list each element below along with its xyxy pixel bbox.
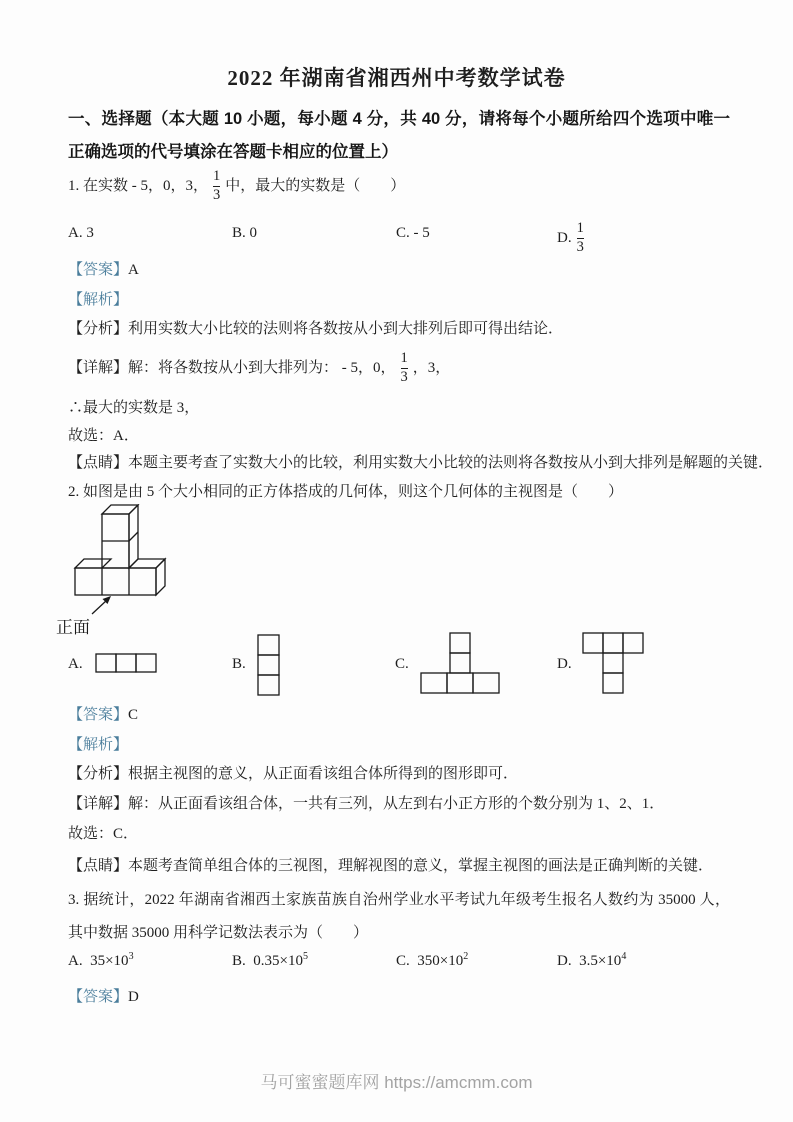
q1-choose-line: 故选：A．: [68, 425, 730, 447]
q1-detail-fraction: 13: [401, 351, 408, 385]
q1-stem-prefix: 1. 在实数 - 5，0，3，: [68, 175, 208, 197]
q1-option-d-fraction: 13: [577, 221, 584, 255]
q1-options: A. 3 B. 0 C. - 5 D. 13: [68, 216, 730, 264]
q1-conclusion-line: ∴最大的实数是 3，: [68, 397, 730, 419]
page-title: 2022 年湖南省湘西州中考数学试卷: [0, 62, 793, 92]
exam-document-page: 2022 年湖南省湘西州中考数学试卷 一、选择题（本大题 10 小题，每小题 4…: [0, 0, 793, 1122]
q1-option-a: A. 3: [68, 222, 94, 244]
q2-option-d-shape: [582, 632, 645, 695]
q2-cube-figure: 正面: [50, 504, 182, 640]
q3-answer-line: 【答案】D: [68, 986, 730, 1008]
q2-note-line: 【点睛】本题考查简单组合体的三视图，理解视图的意义，掌握主视图的画法是正确判断的…: [68, 855, 730, 877]
q2-option-a-label: A.: [68, 654, 83, 674]
q2-option-d-label: D.: [557, 654, 572, 674]
q1-answer-value: A: [128, 262, 139, 278]
q3-answer-value: D: [128, 989, 139, 1005]
analysis-tag: 【解析】: [68, 737, 128, 753]
q2-analysis-line: 【分析】根据主视图的意义，从正面看该组合体所得到的图形即可．: [68, 763, 730, 785]
q2-option-b-shape: [257, 634, 281, 697]
front-arrow: [92, 600, 107, 614]
q1-stem: 1. 在实数 - 5，0，3， 13 中，最大的实数是（ ）: [68, 163, 730, 209]
q3-options: A. 35×103 B. 0.35×105 C. 350×102 D. 3.5×…: [68, 950, 730, 976]
base-row-front: [75, 568, 156, 595]
q1-analysis-header: 【解析】: [68, 289, 730, 311]
q3-option-b: B. 0.35×105: [232, 950, 308, 972]
watermark-footer: 马可蜜蜜题库网 https://amcmm.com: [0, 1068, 793, 1093]
answer-tag: 【答案】: [68, 707, 128, 723]
q1-option-b: B. 0: [232, 222, 257, 244]
q2-detail-line: 【详解】解：从正面看该组合体，一共有三列，从左到右小正方形的个数分别为 1、2、…: [68, 793, 730, 815]
q3-option-a: A. 35×103: [68, 950, 134, 972]
q2-option-b-label: B.: [232, 654, 246, 674]
q2-option-c-shape: [420, 632, 501, 695]
q3-stem: 3. 据统计，2022 年湖南省湘西土家族苗族自治州学业水平考试九年级考生报名人…: [68, 884, 730, 950]
section-heading: 一、选择题（本大题 10 小题，每小题 4 分，共 40 分，请将每个小题所给四…: [68, 103, 730, 169]
base-right-side-face: [156, 559, 165, 595]
q1-note-line: 【点睛】本题主要考查了实数大小的比较，利用实数大小比较的法则将各数按从小到大排列…: [68, 452, 730, 474]
q2-option-c-label: C.: [395, 654, 409, 674]
base-left-top-face: [75, 559, 111, 568]
q2-options: A. B. C. D.: [68, 632, 730, 706]
q2-analysis-header: 【解析】: [68, 734, 730, 756]
q1-stem-suffix: 中，最大的实数是（ ）: [225, 175, 405, 197]
q1-option-c: C. - 5: [396, 222, 430, 244]
column-top-face: [102, 505, 138, 514]
q2-answer-line: 【答案】C: [68, 704, 730, 726]
q1-stem-fraction: 13: [213, 169, 220, 203]
fraction-numerator: 1: [213, 169, 220, 184]
q1-detail-line: 【详解】解：将各数按从小到大排列为： - 5，0， 13 ，3，: [68, 344, 730, 392]
q1-detail-prefix: 【详解】解：将各数按从小到大排列为： - 5，0，: [68, 357, 396, 379]
answer-tag: 【答案】: [68, 989, 128, 1005]
q2-stem: 2. 如图是由 5 个大小相同的正方体搭成的几何体，则这个几何体的主视图是（ ）: [68, 481, 730, 503]
q1-answer-line: 【答案】A: [68, 259, 730, 281]
q1-option-d-label: D.: [557, 227, 572, 249]
answer-tag: 【答案】: [68, 262, 128, 278]
q3-option-c: C. 350×102: [396, 950, 468, 972]
fraction-denominator: 3: [213, 188, 220, 203]
q1-detail-suffix: ，3，: [413, 357, 451, 379]
q1-option-d: D. 13: [557, 216, 589, 260]
q2-answer-value: C: [128, 707, 138, 723]
q1-analysis-line: 【分析】利用实数大小比较的法则将各数按从小到大排列后即可得出结论．: [68, 318, 730, 340]
q3-option-d: D. 3.5×104: [557, 950, 626, 972]
analysis-tag: 【解析】: [68, 292, 128, 308]
q2-option-a-shape: [95, 653, 158, 674]
q2-choose-line: 故选：C．: [68, 823, 730, 845]
